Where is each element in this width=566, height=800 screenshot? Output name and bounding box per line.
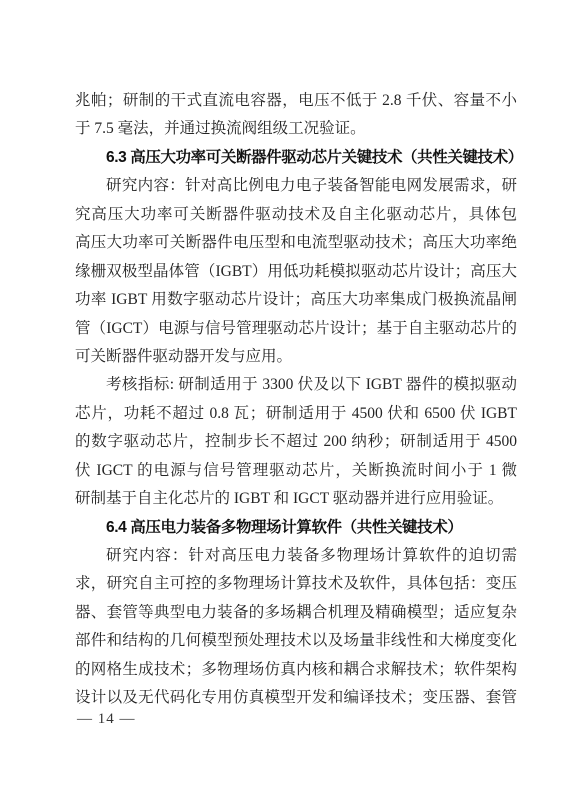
- body-line-2: 于 7.5 毫法，并通过换流阀组级工况验证。: [75, 115, 517, 143]
- body-line-21: 的网格生成技术；多物理场仿真内核和耦合求解技术；软件架构: [75, 656, 517, 684]
- body-line-19: 器、套管等典型电力装备的多场耦合机理及精确模型；适应复杂: [75, 599, 517, 627]
- body-line-12: 芯片，功耗不超过 0.8 瓦；研制适用于 4500 伏和 6500 伏 IGBT: [75, 400, 517, 428]
- body-line-1: 兆帕；研制的干式直流电容器，电压不低于 2.8 千伏、容量不小: [75, 87, 517, 115]
- body-line-10: 可关断器件驱动器开发与应用。: [75, 343, 517, 371]
- body-line-5: 究高压大功率可关断器件驱动技术及自主化驱动芯片，具体包括：: [75, 201, 517, 229]
- page-number: — 14 —: [77, 711, 136, 728]
- section-heading-6-3: 6.3 高压大功率可关断器件驱动芯片关键技术（共性关键技术）: [75, 144, 517, 172]
- body-line-11: 考核指标: 研制适用于 3300 伏及以下 IGBT 器件的模拟驱动: [75, 371, 517, 399]
- body-line-18: 求，研究自主可控的多物理场计算技术及软件，具体包括：变压: [75, 570, 517, 598]
- body-line-13: 的数字驱动芯片，控制步长不超过 200 纳秒；研制适用于 4500: [75, 428, 517, 456]
- body-line-4: 研究内容：针对高比例电力电子装备智能电网发展需求，研: [75, 172, 517, 200]
- body-line-15: 研制基于自主化芯片的 IGBT 和 IGCT 驱动器并进行应用验证。: [75, 485, 517, 513]
- body-line-8: 功率 IGBT 用数字驱动芯片设计；高压大功率集成门极换流晶闸: [75, 286, 517, 314]
- body-line-20: 部件和结构的几何模型预处理技术以及场量非线性和大梯度变化: [75, 627, 517, 655]
- body-line-14: 伏 IGCT 的电源与信号管理驱动芯片，关断换流时间小于 1 微秒；: [75, 457, 517, 485]
- section-heading-6-4: 6.4 高压电力装备多物理场计算软件（共性关键技术）: [75, 514, 517, 542]
- document-page: 兆帕；研制的干式直流电容器，电压不低于 2.8 千伏、容量不小 于 7.5 毫法…: [0, 0, 566, 800]
- body-line-22: 设计以及无代码化专用仿真模型开发和编译技术；变压器、套管: [75, 684, 517, 712]
- body-line-7: 缘栅双极型晶体管（IGBT）用低功耗模拟驱动芯片设计；高压大: [75, 258, 517, 286]
- body-line-17: 研究内容：针对高压电力装备多物理场计算软件的迫切需: [75, 542, 517, 570]
- body-line-6: 高压大功率可关断器件电压型和电流型驱动技术；高压大功率绝: [75, 229, 517, 257]
- document-body: 兆帕；研制的干式直流电容器，电压不低于 2.8 千伏、容量不小 于 7.5 毫法…: [75, 87, 517, 713]
- body-line-9: 管（IGCT）电源与信号管理驱动芯片设计；基于自主驱动芯片的: [75, 315, 517, 343]
